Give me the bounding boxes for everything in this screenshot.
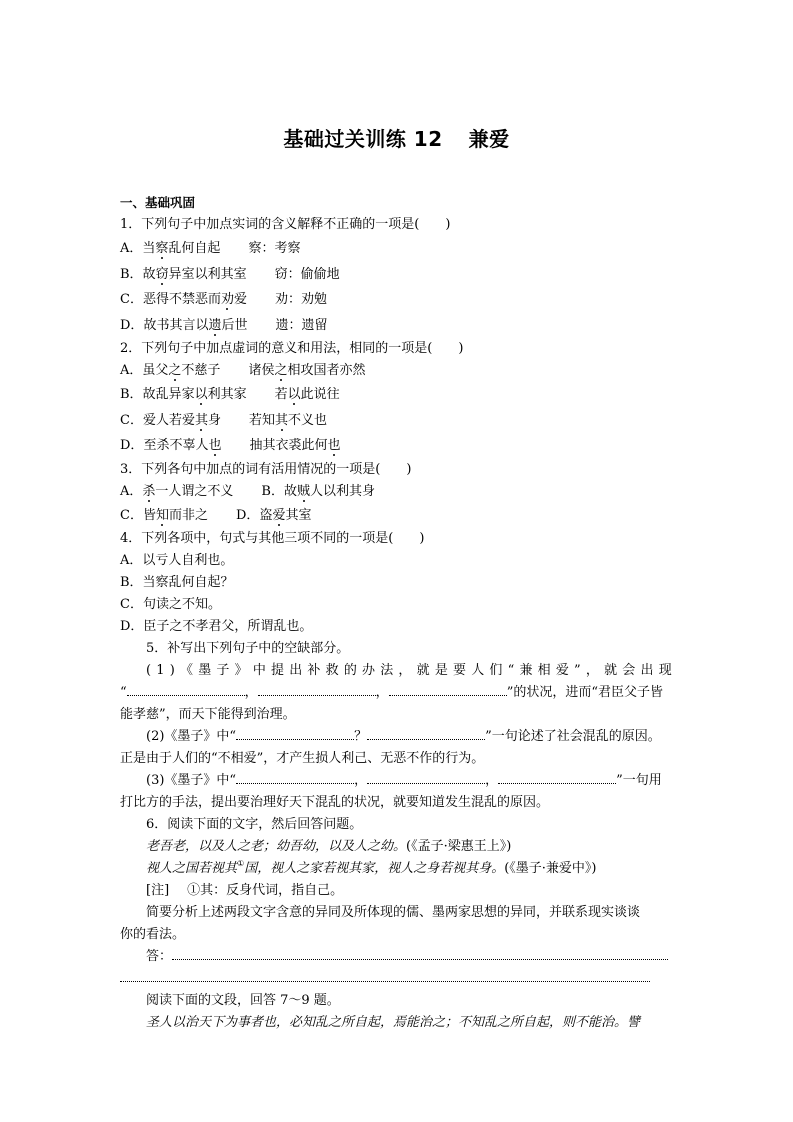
fill-blank-2[interactable] bbox=[258, 683, 376, 696]
answer-line-1: 答： bbox=[120, 946, 676, 968]
question-3-stem: 3．下列各句中加点的词有活用情况的一项是( ) bbox=[120, 459, 676, 481]
question-2-option-b: B．故乱异家以利其家若以此说往 bbox=[120, 382, 676, 408]
question-2-option-a: A．虽父之不慈子诸侯之相攻国者亦然 bbox=[120, 360, 676, 382]
question-5-part-1-line-2: “，，”的状况，进而“君臣父子皆 bbox=[120, 682, 676, 704]
fill-blank-4[interactable] bbox=[236, 727, 354, 740]
title-sub: 兼爱 bbox=[469, 127, 510, 151]
fill-blank-3[interactable] bbox=[389, 683, 507, 696]
answer-field-2[interactable] bbox=[120, 969, 650, 982]
page-title: 基础过关训练 12兼爱 bbox=[0, 123, 793, 152]
answer-line-2 bbox=[120, 968, 676, 990]
question-4-option-c: C．句读之不知。 bbox=[120, 594, 676, 616]
question-1-option-d: D．故书其言以遗后世遗：遗留 bbox=[120, 313, 676, 339]
question-2-option-c: C．爱人若爱其身若知其不义也 bbox=[120, 408, 676, 434]
title-main: 基础过关训练 12 bbox=[283, 127, 442, 151]
quote-mencius: 老吾老，以及人之老；幼吾幼，以及人之幼。(《孟子·梁惠王上》) bbox=[120, 836, 676, 858]
annotation-note: [注]①其：反身代词，指自己。 bbox=[120, 880, 676, 902]
question-6-prompt-line-2: 你的看法。 bbox=[120, 924, 676, 946]
section-heading: 一、基础巩固 bbox=[120, 192, 676, 214]
question-5-part-2-line-1: (2)《墨子》中“？”一句论述了社会混乱的原因。 bbox=[120, 726, 676, 748]
question-4-stem: 4．下列各项中，句式与其他三项不同的一项是( ) bbox=[120, 528, 676, 550]
question-1-option-c: C．恶得不禁恶而劝爱劝：劝勉 bbox=[120, 287, 676, 313]
fill-blank-7[interactable] bbox=[367, 771, 485, 784]
question-5-part-2-line-2: 正是由于人们的“不相爱”，才产生损人利己、无恶不作的行为。 bbox=[120, 748, 676, 770]
question-4-option-b: B．当察乱何自起？ bbox=[120, 572, 676, 594]
question-3-options-ab: A．杀一人谓之不义B．故贼人以利其身 bbox=[120, 481, 676, 503]
question-2-stem: 2．下列句子中加点虚词的意义和用法，相同的一项是( ) bbox=[120, 338, 676, 360]
reading-passage-line-1: 圣人以治天下为事者也，必知乱之所自起，焉能治之；不知乱之所自起，则不能治。譬 bbox=[120, 1012, 676, 1034]
question-5-part-1-line-3: 能孝慈”，而天下能得到治理。 bbox=[120, 704, 676, 726]
content-body: 一、基础巩固 1．下列句子中加点实词的含义解释不正确的一项是( ) A．当察乱何… bbox=[120, 192, 676, 1034]
question-5-part-1-line-1: (1)《墨子》中提出补救的办法，就是要人们“兼相爱”，就会出现 bbox=[120, 660, 676, 682]
fill-blank-5[interactable] bbox=[367, 727, 485, 740]
quote-mozi: 视人之国若视其①国，视人之家若视其家，视人之身若视其身。(《墨子·兼爱中》) bbox=[120, 858, 676, 880]
question-2-option-d: D．至杀不辜人也抽其衣裘此何也 bbox=[120, 433, 676, 459]
reading-intro: 阅读下面的文段，回答 7～9 题。 bbox=[120, 990, 676, 1012]
question-1-stem: 1．下列句子中加点实词的含义解释不正确的一项是( ) bbox=[120, 214, 676, 236]
question-1-option-a: A．当察乱何自起察：考察 bbox=[120, 236, 676, 262]
question-4-option-d: D．臣子之不孝君父，所谓乱也。 bbox=[120, 616, 676, 638]
question-6-prompt-line-1: 简要分析上述两段文字含意的异同及所体现的儒、墨两家思想的异同，并联系现实谈谈 bbox=[120, 902, 676, 924]
question-5-stem: 5．补写出下列句子中的空缺部分。 bbox=[120, 638, 676, 660]
question-5-part-3-line-2: 打比方的手法，提出要治理好天下混乱的状况，就要知道发生混乱的原因。 bbox=[120, 792, 676, 814]
fill-blank-1[interactable] bbox=[127, 683, 245, 696]
fill-blank-6[interactable] bbox=[236, 771, 354, 784]
question-6-stem: 6．阅读下面的文字，然后回答问题。 bbox=[120, 814, 676, 836]
question-4-option-a: A．以亏人自利也。 bbox=[120, 550, 676, 572]
question-3-options-cd: C．皆知而非之D．盗爱其室 bbox=[120, 503, 676, 529]
answer-field-1[interactable] bbox=[172, 947, 668, 960]
document-page: 基础过关训练 12兼爱 一、基础巩固 1．下列句子中加点实词的含义解释不正确的一… bbox=[0, 0, 793, 1122]
fill-blank-8[interactable] bbox=[498, 771, 616, 784]
question-5-part-3-line-1: (3)《墨子》中“，，”一句用 bbox=[120, 770, 676, 792]
question-1-option-b: B．故窃异室以利其室窃：偷偷地 bbox=[120, 262, 676, 288]
